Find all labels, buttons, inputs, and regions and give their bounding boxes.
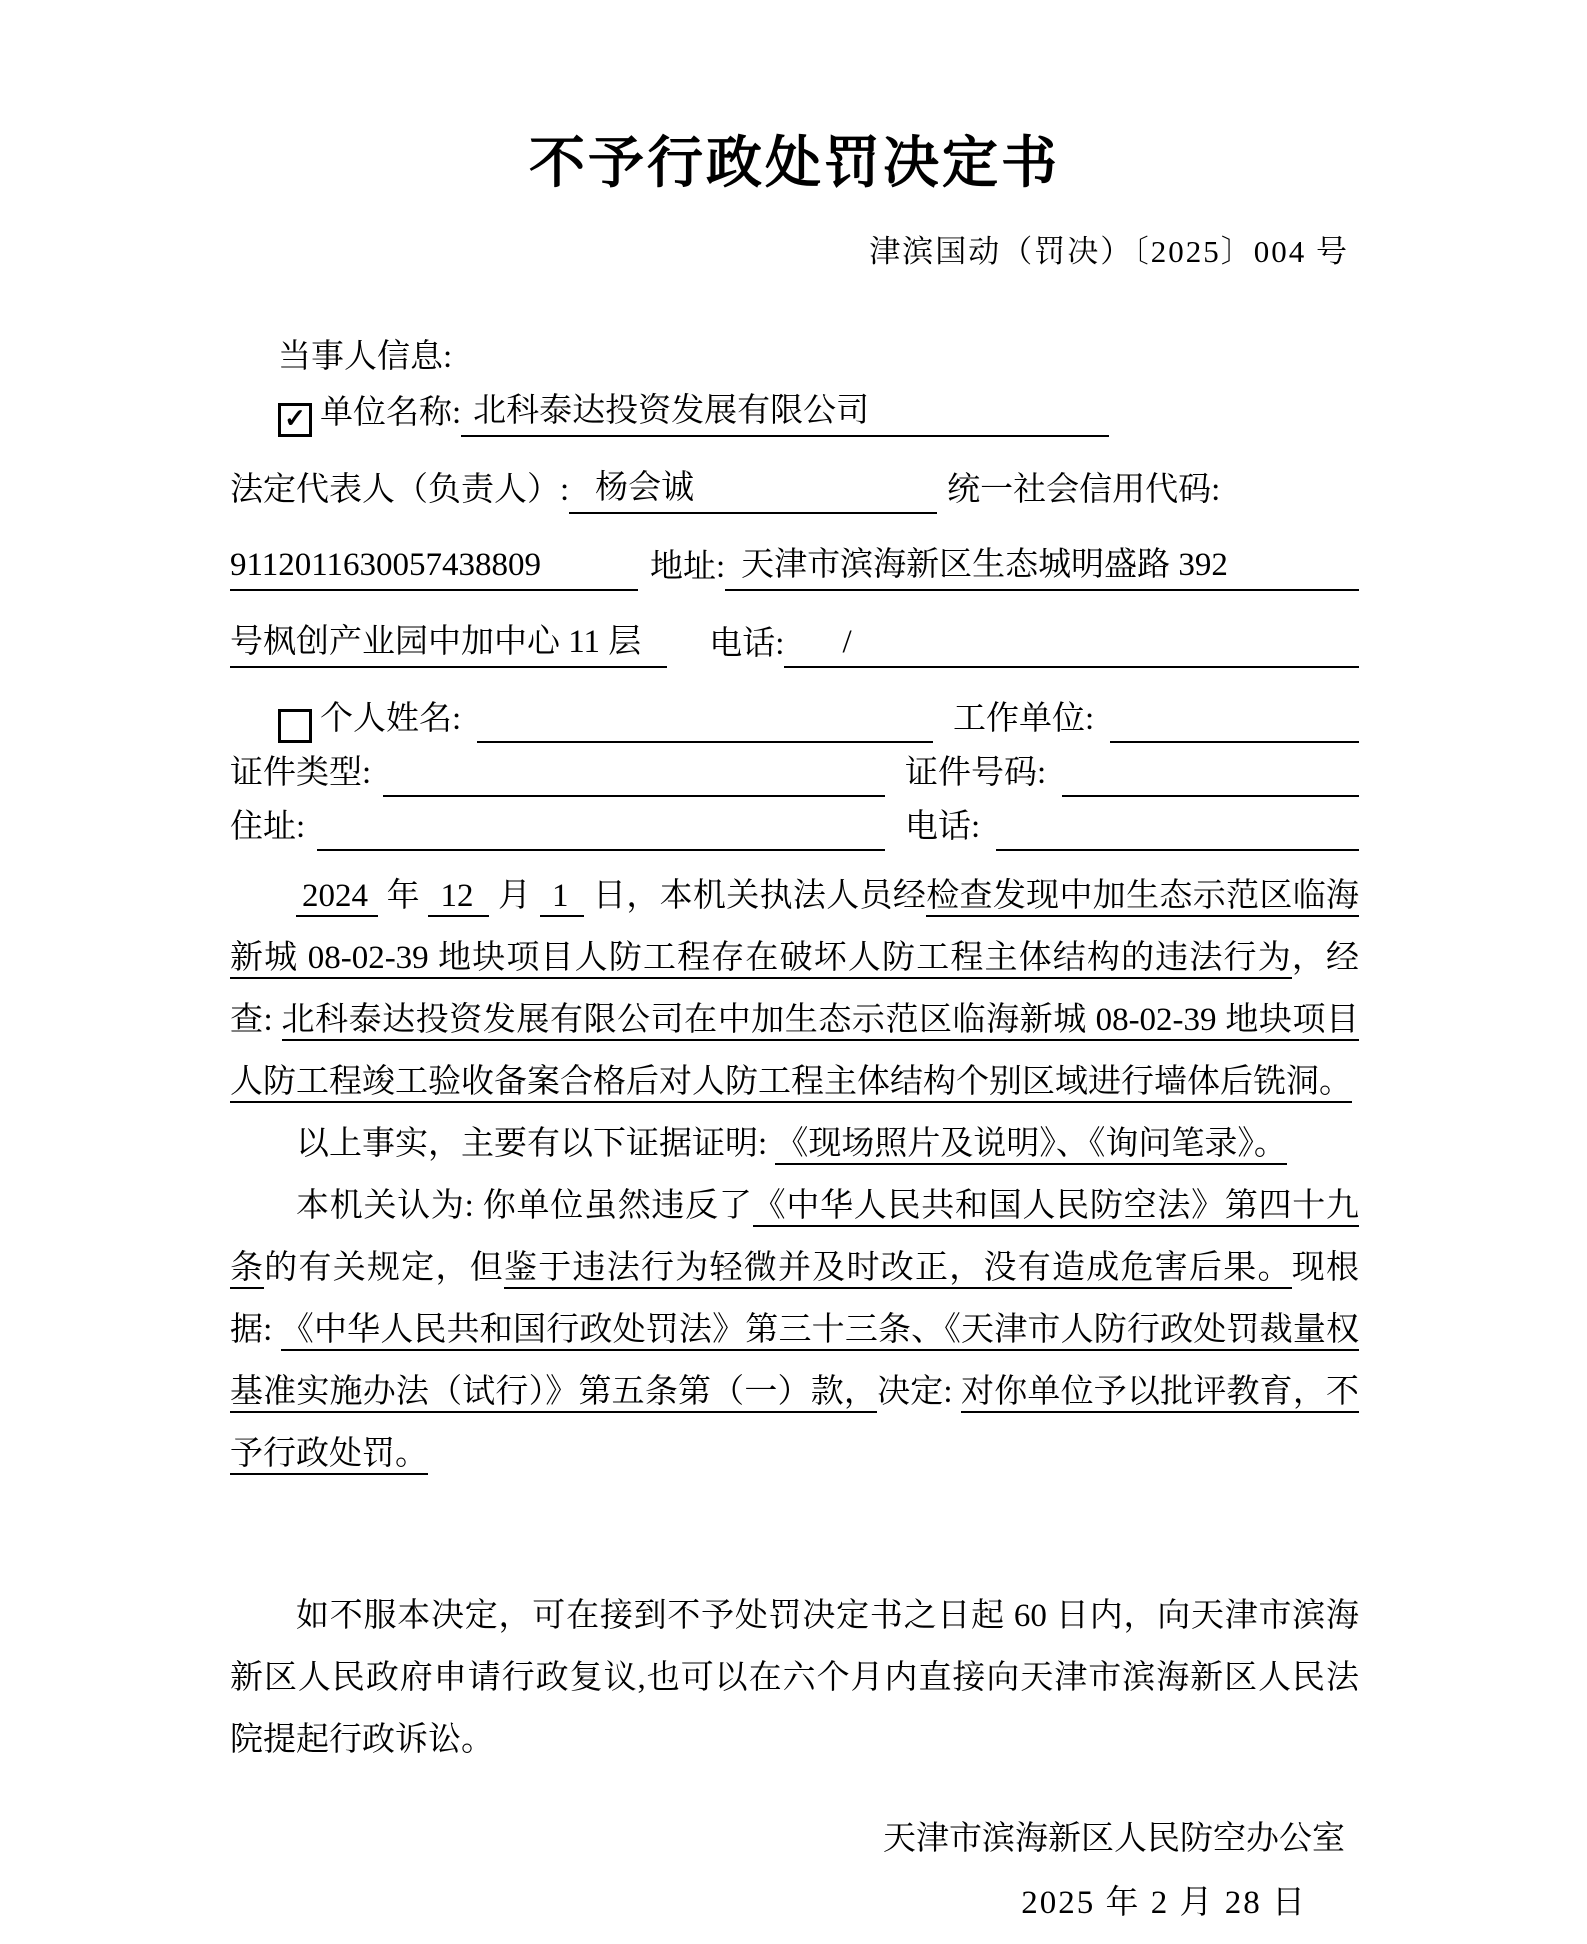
appeal-rights-paragraph: 如不服本决定，可在接到不予处罚决定书之日起 60 日内，向天津市滨海新区人民政府… xyxy=(230,1585,1359,1771)
text-run: 的有关规定，但 xyxy=(264,1250,504,1286)
decision-paragraph: 本机关认为: 你单位虽然违反了《中华人民共和国人民防空法》第四十九条的有关规定，… xyxy=(230,1175,1359,1485)
id-type-blank xyxy=(383,753,885,797)
credit-code-row: 9112011630057438809 地址: 天津市滨海新区生态城明盛路 39… xyxy=(230,541,1359,591)
credit-code-label: 统一社会信用代码: xyxy=(947,466,1220,514)
date-year-fill: 2024 xyxy=(296,878,378,917)
unit-name-label: 单位名称: xyxy=(320,389,461,437)
address-value: 天津市滨海新区生态城明盛路 392 xyxy=(725,541,1359,591)
id-number-label: 证件号码: xyxy=(905,749,1046,797)
person-name-row: 个人姓名: 工作单位: xyxy=(230,695,1359,743)
text-run: 以上事实，主要有以下证据证明: xyxy=(296,1126,775,1162)
date-day-fill: 1 xyxy=(540,878,585,917)
issuing-agency: 天津市滨海新区人民防空办公室 xyxy=(230,1815,1359,1863)
body-section: 2024 年 12 月 1 日，本机关执法人员经检查发现中加生态示范区临海新城 … xyxy=(230,865,1359,1771)
party-info-section: 当事人信息: ✓ 单位名称: 北科泰达投资发展有限公司 法定代表人（负责人）: … xyxy=(230,333,1359,851)
document-title: 不予行政处罚决定书 xyxy=(230,128,1359,200)
home-address-blank xyxy=(317,807,885,851)
phone-value: / xyxy=(784,618,1359,668)
credit-code-value: 9112011630057438809 xyxy=(230,541,638,591)
evidence-paragraph: 以上事实，主要有以下证据证明: 《现场照片及说明》、《询问笔录》。 xyxy=(230,1113,1359,1175)
id-type-label: 证件类型: xyxy=(230,749,371,797)
home-phone-blank xyxy=(996,807,1359,851)
text-run: 月 xyxy=(489,878,539,914)
doc-number: 津滨国动（罚决）〔2025〕004 号 xyxy=(230,226,1359,271)
person-name-label: 个人姓名: xyxy=(320,695,461,743)
address-label: 地址: xyxy=(650,543,725,591)
id-number-blank xyxy=(1062,753,1359,797)
work-unit-blank xyxy=(1110,699,1359,743)
home-phone-label: 电话: xyxy=(905,803,980,851)
unit-checkbox-checked-icon: ✓ xyxy=(278,403,312,437)
address-cont-row: 号枫创产业园中加中心 11 层 电话: / xyxy=(230,618,1359,668)
phone-label: 电话: xyxy=(709,620,784,668)
home-address-label: 住址: xyxy=(230,803,305,851)
legal-rep-label: 法定代表人（负责人）: xyxy=(230,466,569,514)
unit-name-value: 北科泰达投资发展有限公司 xyxy=(461,387,1109,437)
date-month-fill: 12 xyxy=(428,878,489,917)
text-run: 决定: xyxy=(877,1374,961,1410)
legal-rep-row: 法定代表人（负责人）: 杨会诚 统一社会信用代码: xyxy=(230,464,1359,514)
unit-name-row: ✓ 单位名称: 北科泰达投资发展有限公司 xyxy=(230,387,1359,437)
party-info-header: 当事人信息: xyxy=(278,333,452,381)
text-run: 日，本机关执法人员经 xyxy=(584,878,926,914)
person-name-blank xyxy=(477,699,933,743)
party-info-header-row: 当事人信息: xyxy=(230,333,1359,381)
text-run: 年 xyxy=(378,878,428,914)
person-checkbox-empty-icon xyxy=(278,709,312,743)
document-page: 不予行政处罚决定书 津滨国动（罚决）〔2025〕004 号 当事人信息: ✓ 单… xyxy=(0,0,1587,1944)
mitigation-fill: 鉴于违法行为轻微并及时改正，没有造成危害后果。 xyxy=(504,1250,1292,1289)
id-type-row: 证件类型: 证件号码: xyxy=(230,749,1359,797)
legal-rep-value: 杨会诚 xyxy=(569,464,937,514)
issue-date: 2025 年 2 月 28 日 xyxy=(230,1879,1359,1927)
work-unit-label: 工作单位: xyxy=(953,695,1094,743)
evidence-list-fill: 《现场照片及说明》、《询问笔录》。 xyxy=(775,1126,1287,1165)
address-cont-value: 号枫创产业园中加中心 11 层 xyxy=(230,618,667,668)
home-address-row: 住址: 电话: xyxy=(230,803,1359,851)
investigation-result-fill: 北科泰达投资发展有限公司在中加生态示范区临海新城 08-02-39 地块项目人防… xyxy=(230,1002,1359,1103)
facts-paragraph: 2024 年 12 月 1 日，本机关执法人员经检查发现中加生态示范区临海新城 … xyxy=(230,865,1359,1113)
text-run: 本机关认为: 你单位虽然违反了 xyxy=(296,1188,753,1224)
